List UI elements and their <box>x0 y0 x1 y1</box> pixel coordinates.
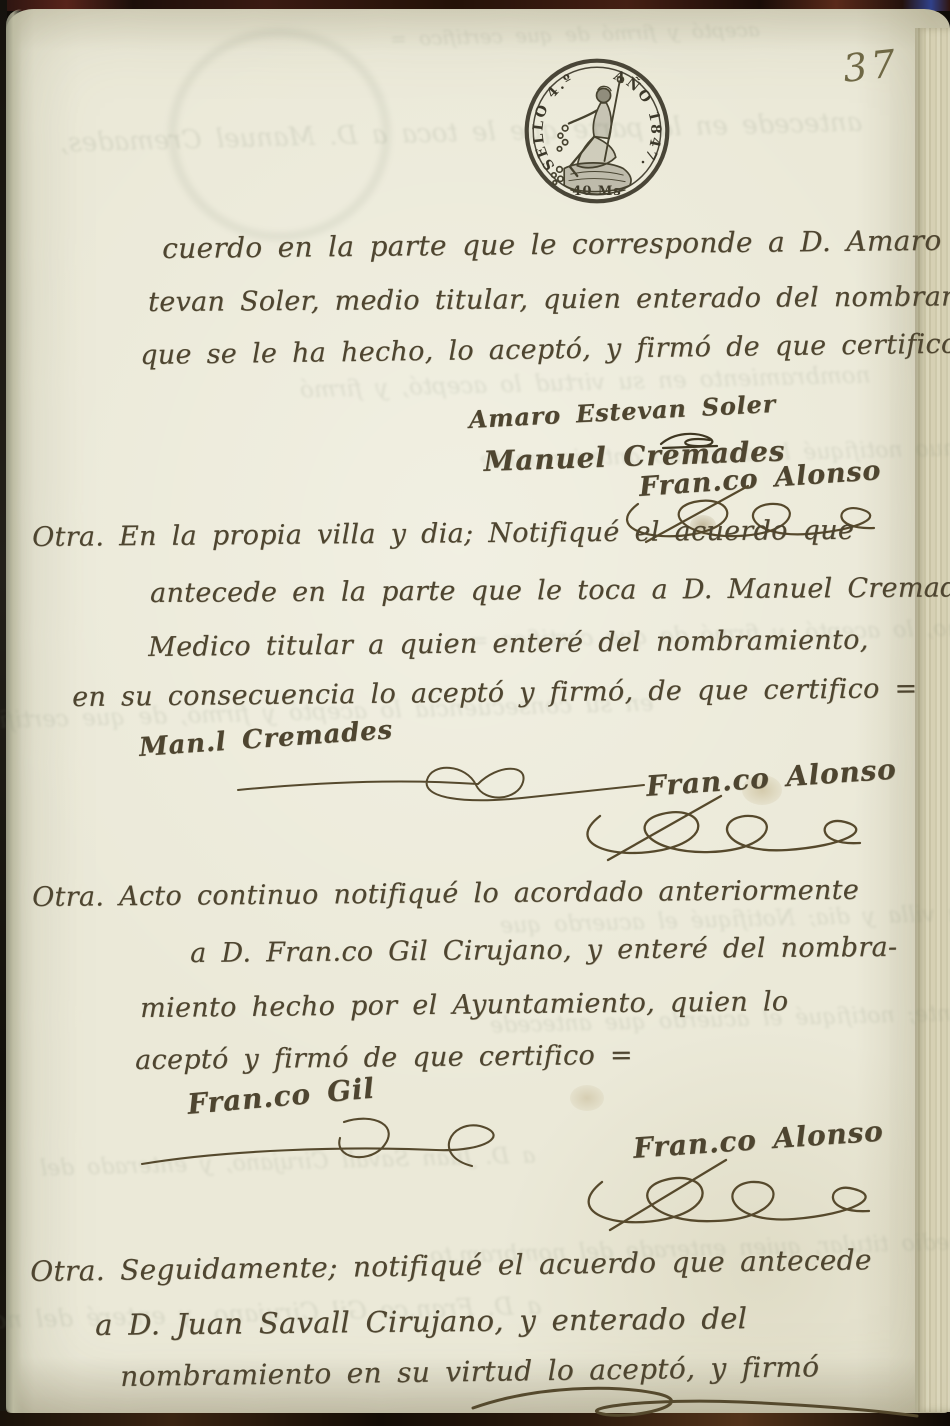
seal-figure-icon <box>552 76 631 193</box>
paragraph1-line: tevan Soler, medio titular, quien entera… <box>148 281 950 318</box>
revenue-stamp-seal: SELLO 4.º AÑO 1847. 40 Ms <box>519 56 675 206</box>
paragraph2-line: antecede en la parte que le toca a D. Ma… <box>150 572 950 609</box>
signature-rubric-flourish <box>556 1156 896 1236</box>
signature-rubric-flourish <box>556 792 886 866</box>
paragraph3-line: aceptó y firmó de que certifico = <box>135 1040 633 1076</box>
seal-graphic: SELLO 4.º AÑO 1847. 40 Ms <box>519 56 675 206</box>
paragraph3-line: a D. Fran.co Gil Cirujano, y enteré del … <box>190 932 897 969</box>
manuscript-scan: antecede en la parte que le toca a D. Ma… <box>0 0 950 1426</box>
closing-flourish <box>455 1378 935 1422</box>
svg-text:AÑO 1847.: AÑO 1847. <box>610 67 663 172</box>
seal-left-arc-text: SELLO 4.º <box>530 71 577 173</box>
folio-number: 37 <box>841 41 902 91</box>
seal-right-arc-text: AÑO 1847. <box>610 67 663 172</box>
paragraph4-line: a D. Juan Savall Cirujano, y enterado de… <box>95 1301 747 1342</box>
svg-text:SELLO 4.º: SELLO 4.º <box>530 71 577 173</box>
signature-rubric <box>136 1112 536 1180</box>
